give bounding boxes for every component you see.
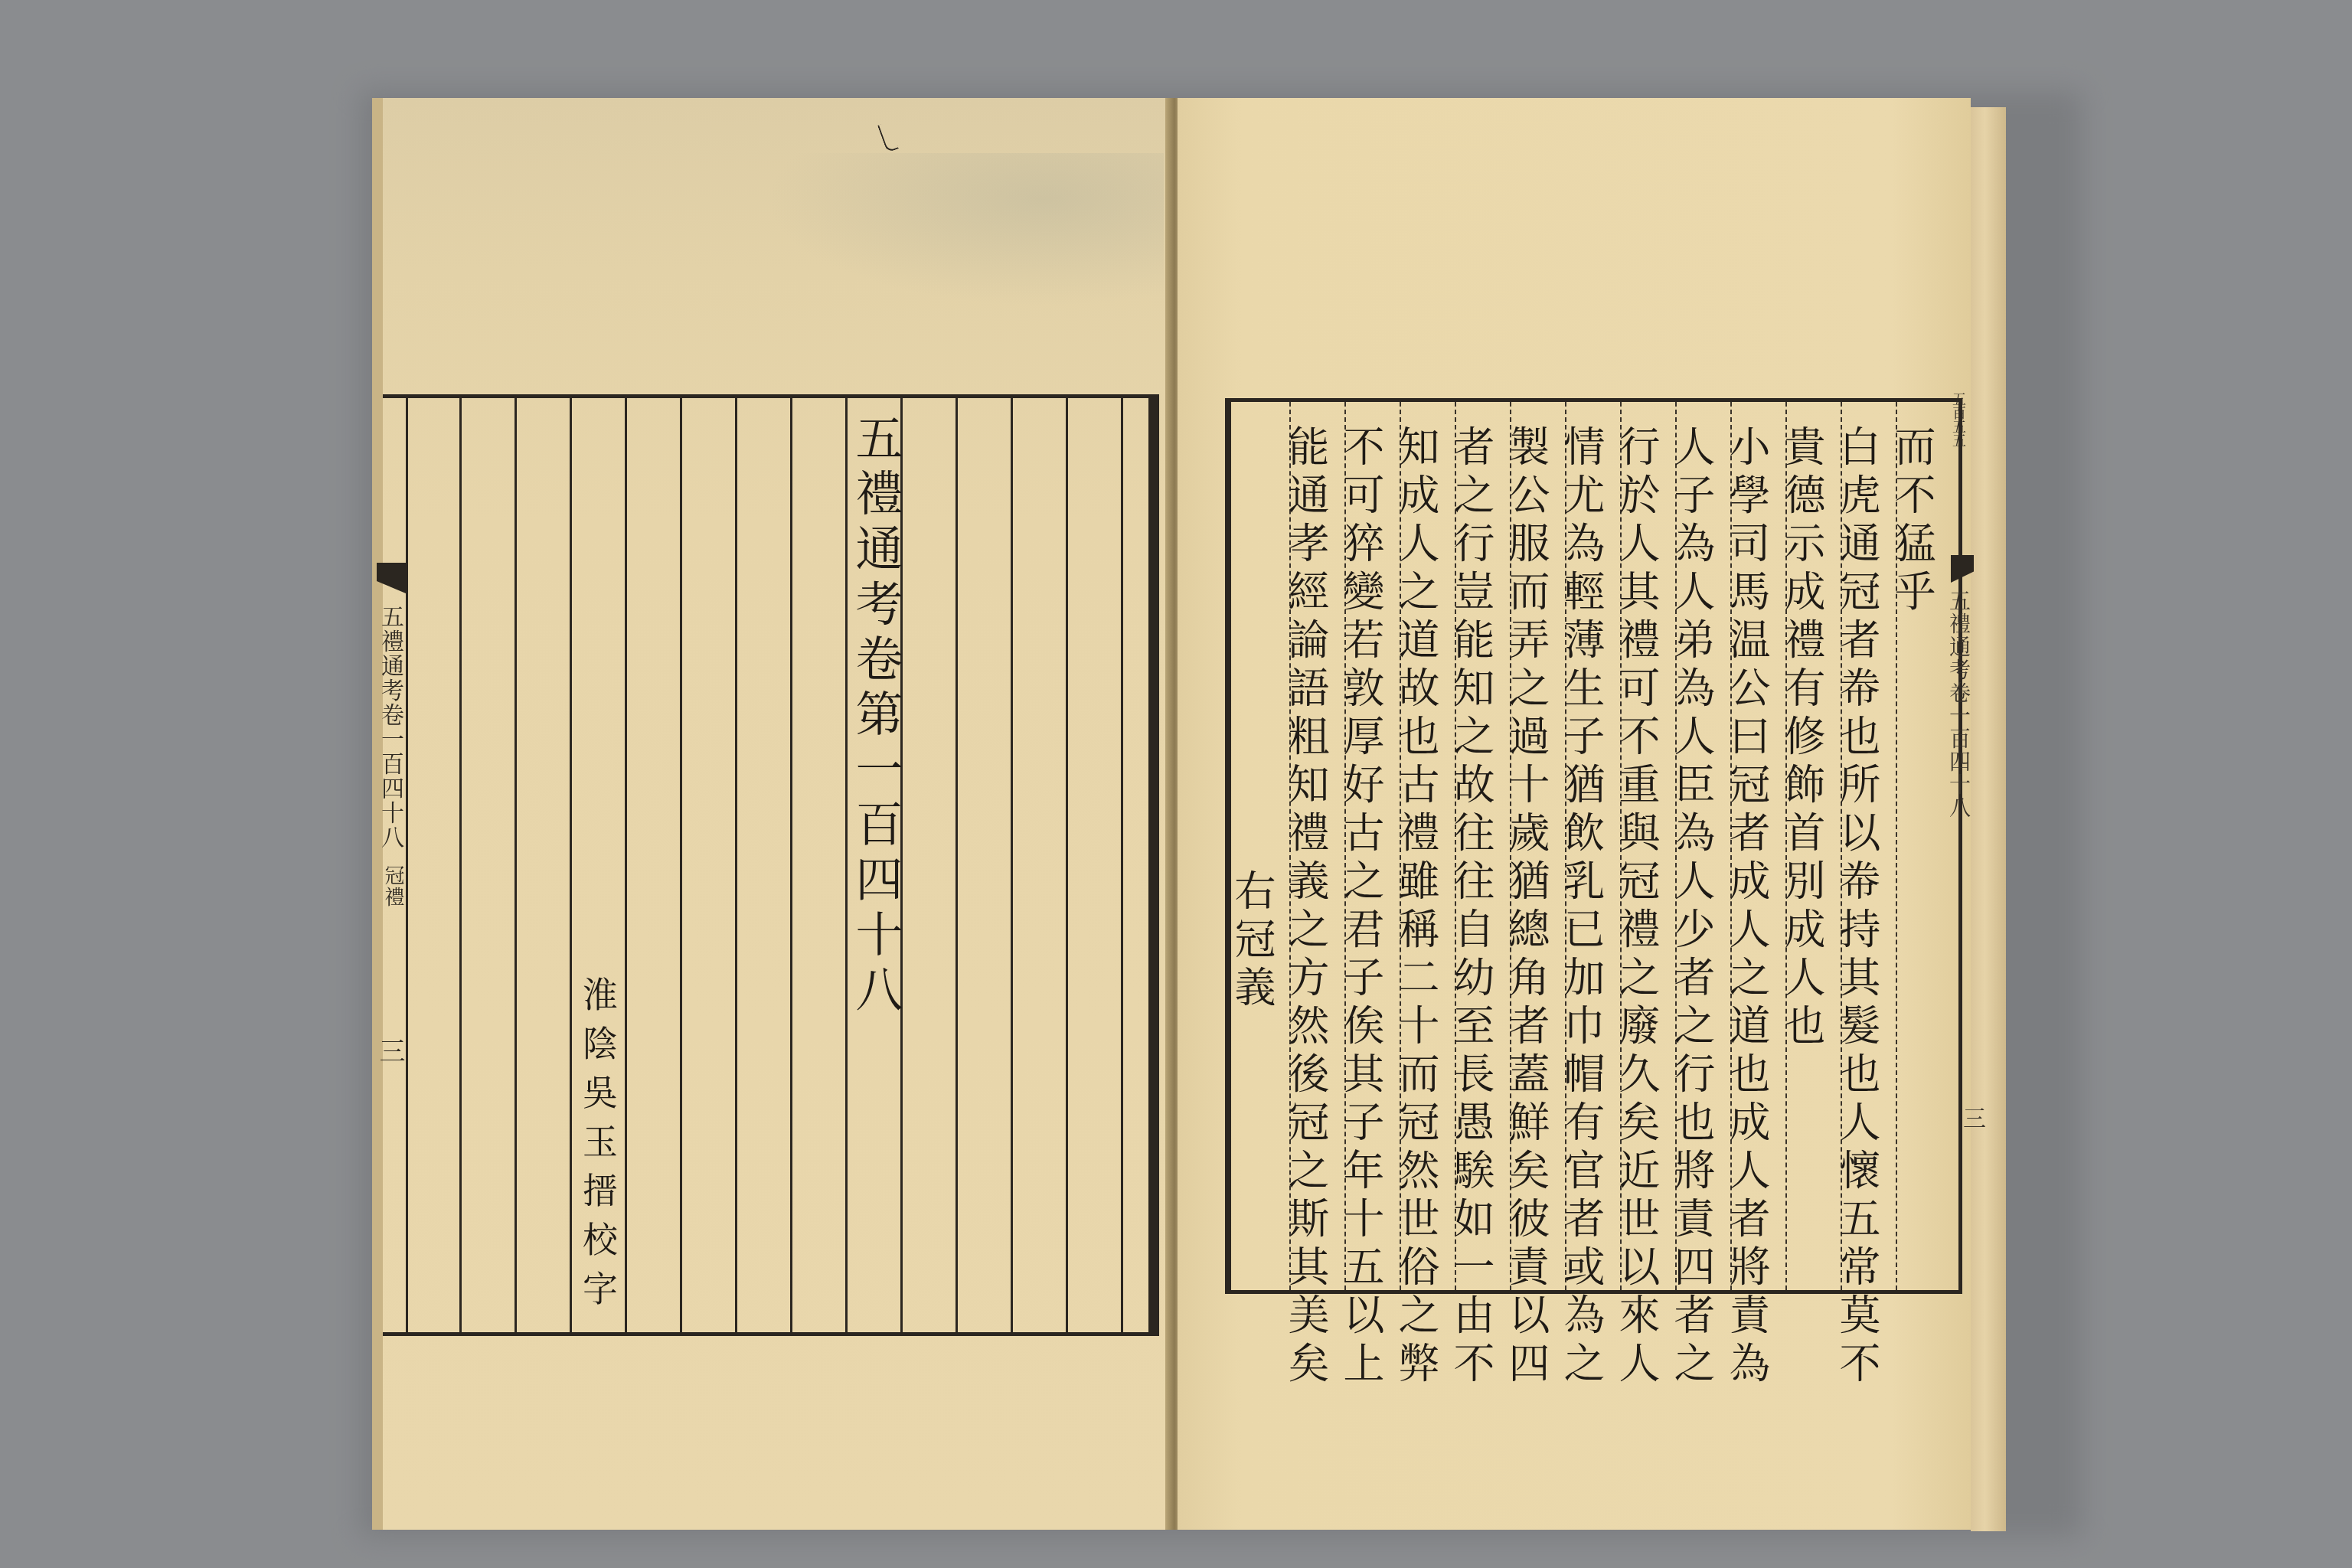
column-rule [459,398,462,1332]
column-rule [1011,398,1013,1332]
column-rule [735,398,737,1332]
proofreader-credit: 淮陰吳玉搢校字 [580,976,616,1319]
text-column: 行於人其禮可不重與冠禮之廢久矣近世以來人 [1615,425,1657,1390]
water-stain [766,153,1164,306]
column-rule [680,398,682,1332]
text-column: 者之行豈能知之故往往自幼至長愚騃如一由不 [1450,425,1491,1390]
text-column: 能通孝經論語粗知禮義之方然後冠之斯其美矣 [1285,425,1326,1390]
text-column: 情尤為輕薄生子猶飲乳已加巾帽有官者或為之 [1560,425,1602,1390]
text-column: 小學司馬温公曰冠者成人之道也成人者將責為 [1726,425,1767,1390]
column-rule [570,398,572,1332]
text-column: 白虎通冠者帣也所以帣持其髮也人懷五常莫不 [1836,425,1877,1390]
text-column: 貴德示成禮有修飾首別成人也 [1781,425,1822,1052]
right-page-edge [1971,107,2006,1531]
text-column: 製公服而弄之過十歲猶總角者蓋鮮矣彼責以四 [1505,425,1547,1390]
volume-title: 五禮通考卷第一百四十八 [851,413,899,1020]
column-rule [625,398,627,1332]
left-page-frame [383,394,1159,1336]
leaf-number-left: 三 [377,1037,403,1065]
text-column: 人子為人弟為人臣為人少者之行也將責四者之 [1671,425,1712,1390]
text-column: 知成人之道故也古禮雖稱二十而冠然世俗之弊 [1395,425,1436,1390]
closing-label: 右冠義 [1231,869,1272,1014]
column-rule [955,398,958,1332]
leaf-number-right: 三 [1960,1106,1983,1131]
center-margin-title-left: 五禮通考卷一百四十八 [378,605,401,850]
column-rule [514,398,517,1332]
column-rule [1066,398,1068,1332]
text-column: 而不猛乎 [1891,425,1932,618]
column-rule [1121,398,1123,1332]
column-rule [790,398,792,1332]
text-column: 不可猝變若敦厚好古之君子俟其子年十五以上 [1340,425,1381,1390]
center-margin-subtitle-left: 冠禮 [383,865,403,908]
center-margin-title-right: 五禮通考卷一百四十八 [1948,590,1969,819]
column-rule [406,398,408,1332]
margin-number: 五百五五 [1951,392,1965,447]
